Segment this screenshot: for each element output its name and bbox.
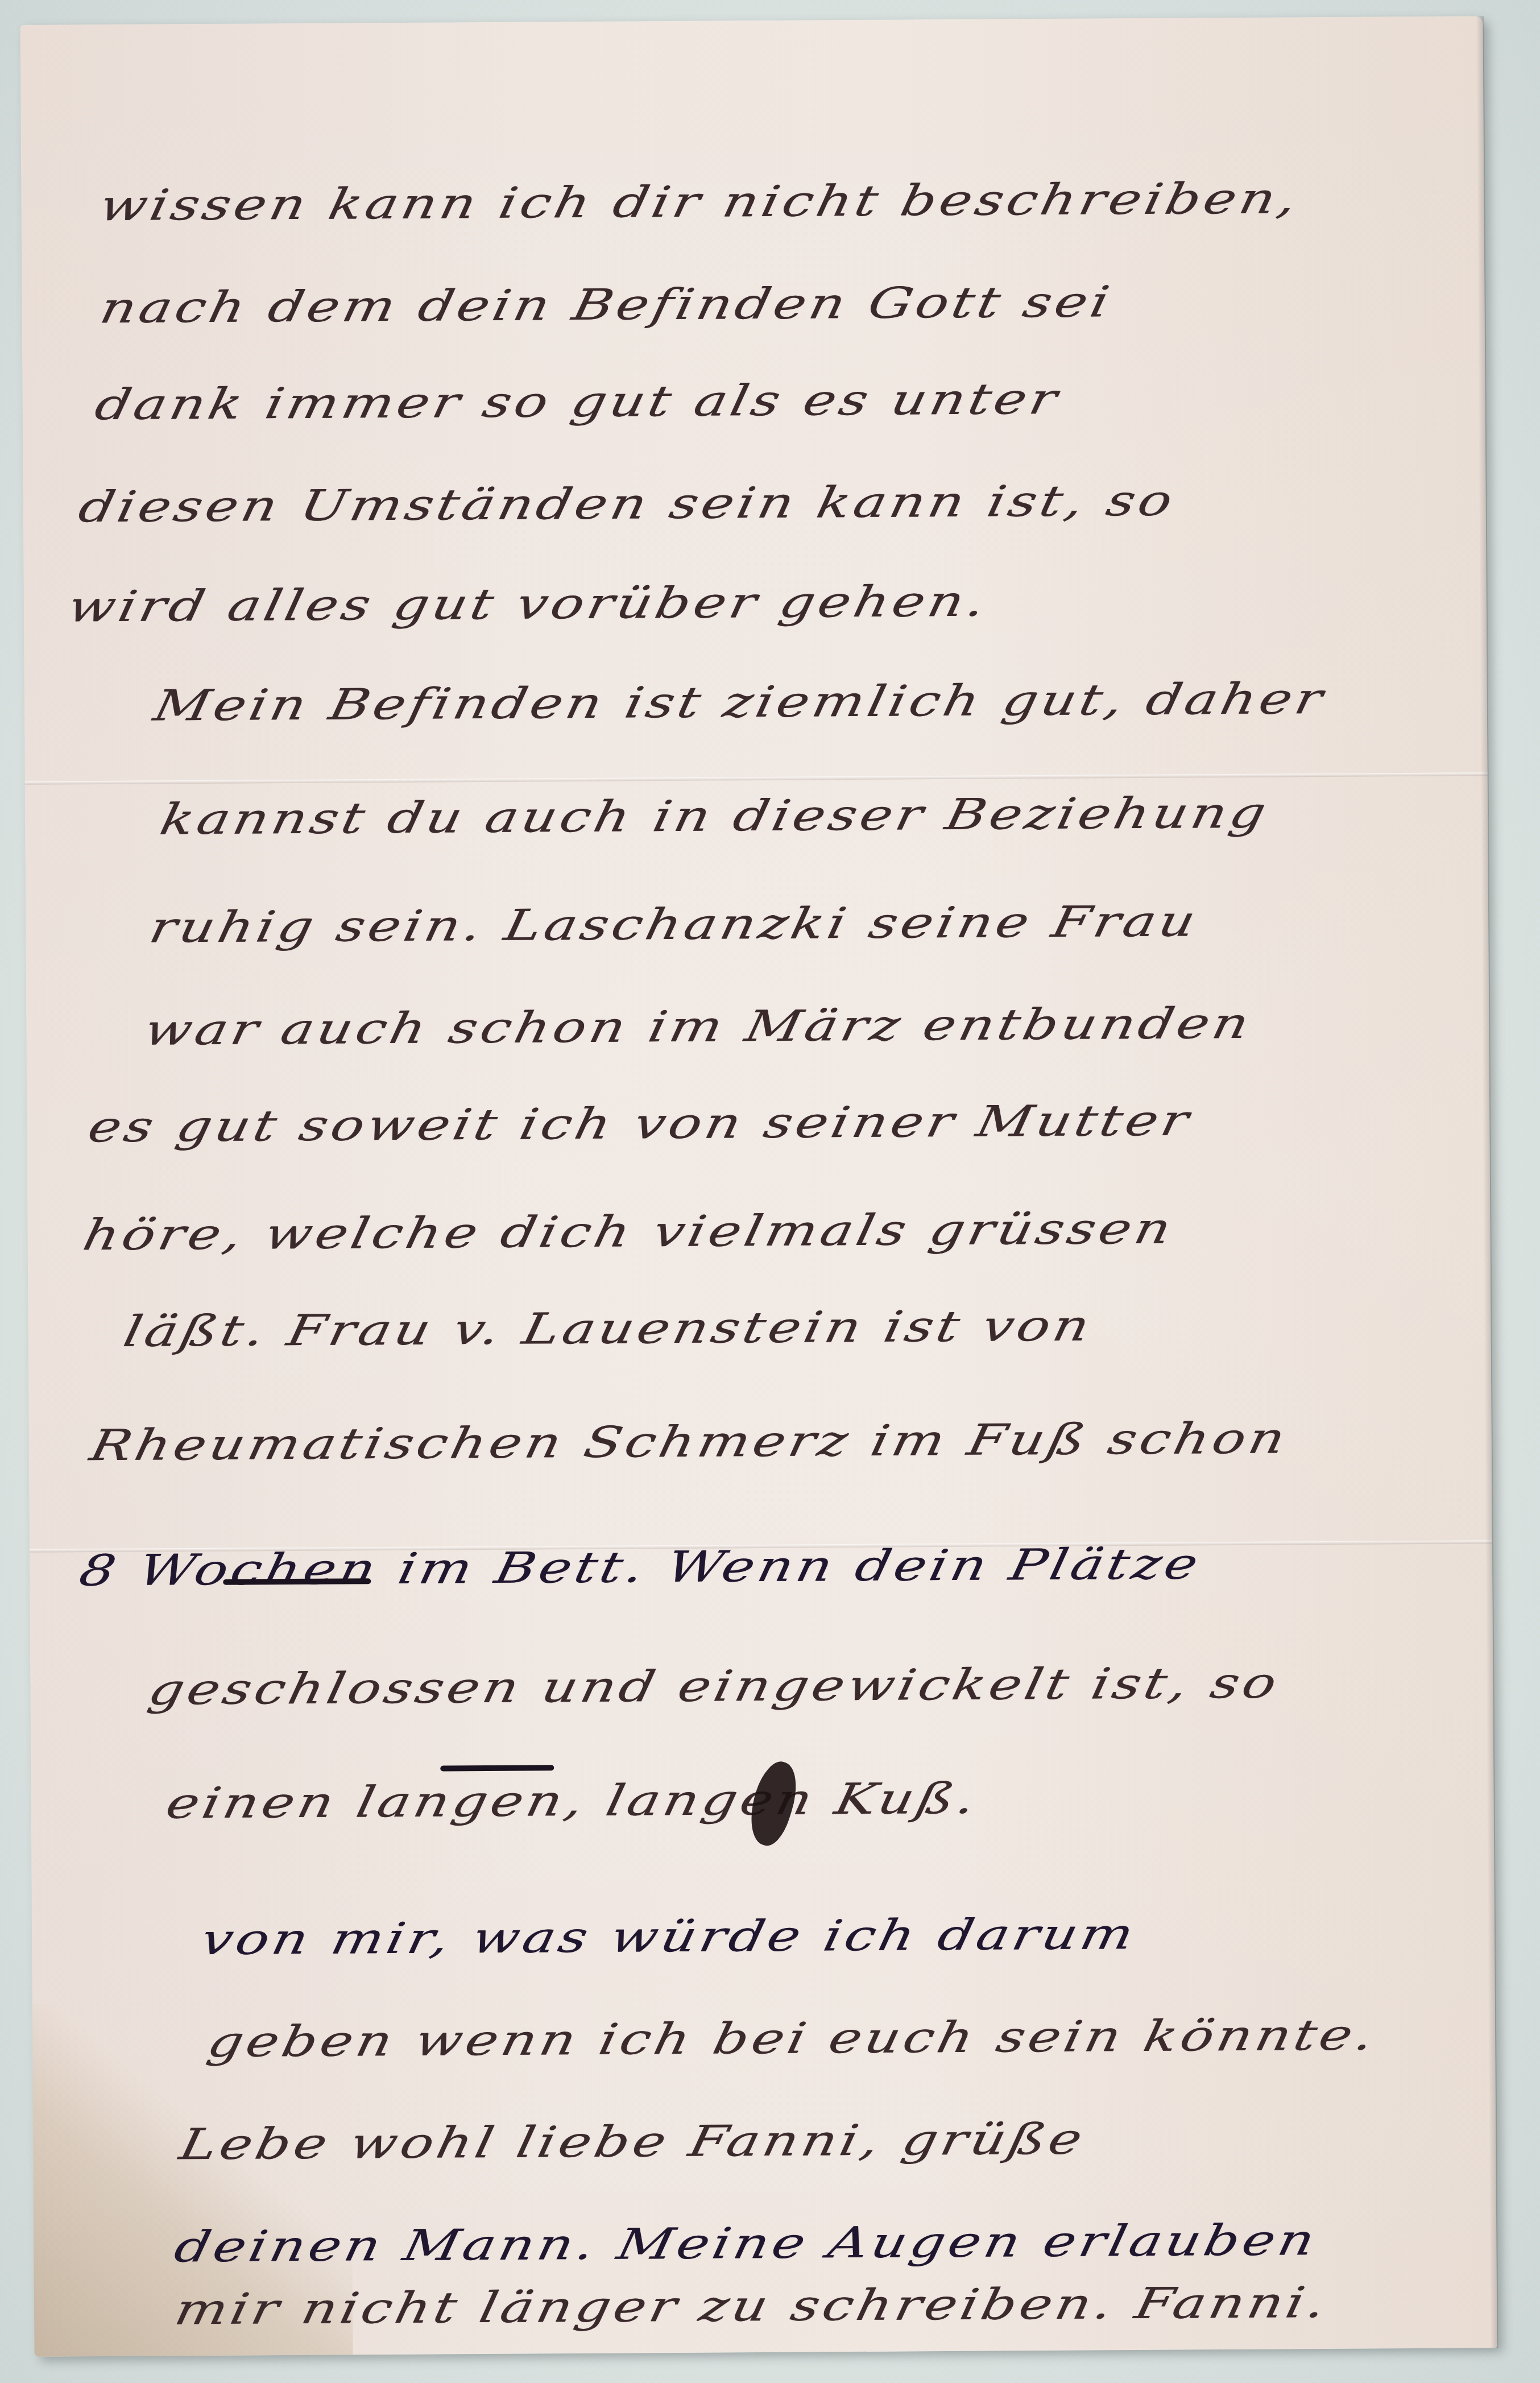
letter-line: diesen Umständen sein kann ist, so bbox=[74, 475, 1180, 532]
letter-line: läßt. Frau v. Lauenstein ist von bbox=[119, 1301, 1098, 1356]
letter-sheet: wissen kann ich dir nicht beschreiben, n… bbox=[20, 16, 1497, 2357]
letter-line: war auch schon im März entbunden bbox=[140, 998, 1257, 1054]
letter-line: geben wenn ich bei euch sein könnte. bbox=[203, 2010, 1381, 2067]
letter-line: wissen kann ich dir nicht beschreiben, bbox=[96, 173, 1305, 230]
strikethrough-mark bbox=[223, 1578, 371, 1585]
strikethrough-mark bbox=[440, 1765, 554, 1771]
letter-line: höre, welche dich vielmals grüssen bbox=[79, 1203, 1179, 1260]
handwritten-text: wissen kann ich dir nicht beschreiben, n… bbox=[20, 16, 1497, 2357]
letter-line: Lebe wohl liebe Fanni, grüße bbox=[176, 2114, 1090, 2169]
letter-line: deinen Mann. Meine Augen erlauben bbox=[171, 2215, 1322, 2272]
letter-line: Mein Befinden ist ziemlich gut, daher bbox=[150, 673, 1330, 730]
letter-line: dank immer so gut als es unter bbox=[91, 374, 1065, 429]
letter-line: 8 Wochen im Bett. Wenn dein Plätze bbox=[75, 1539, 1206, 1596]
letter-line: es gut soweit ich von seiner Mutter bbox=[84, 1095, 1197, 1152]
letter-line: einen langen, langen Kuß. bbox=[162, 1773, 983, 1828]
letter-line: nach dem dein Befinden Gott sei bbox=[96, 277, 1117, 333]
letter-line: Rheumatischen Schmerz im Fuß schon bbox=[86, 1413, 1293, 1470]
letter-line: wird alles gut vorüber gehen. bbox=[64, 576, 993, 631]
letter-line: kannst du auch in dieser Beziehung bbox=[156, 788, 1273, 844]
letter-line: mir nicht länger zu schreiben. Fanni. bbox=[171, 2278, 1333, 2335]
letter-line: ruhig sein. Laschanzki seine Frau bbox=[145, 896, 1203, 953]
letter-line: geschlossen und eingewickelt ist, so bbox=[144, 1658, 1285, 1715]
letter-line: von mir, was würde ich darum bbox=[197, 1909, 1141, 1965]
